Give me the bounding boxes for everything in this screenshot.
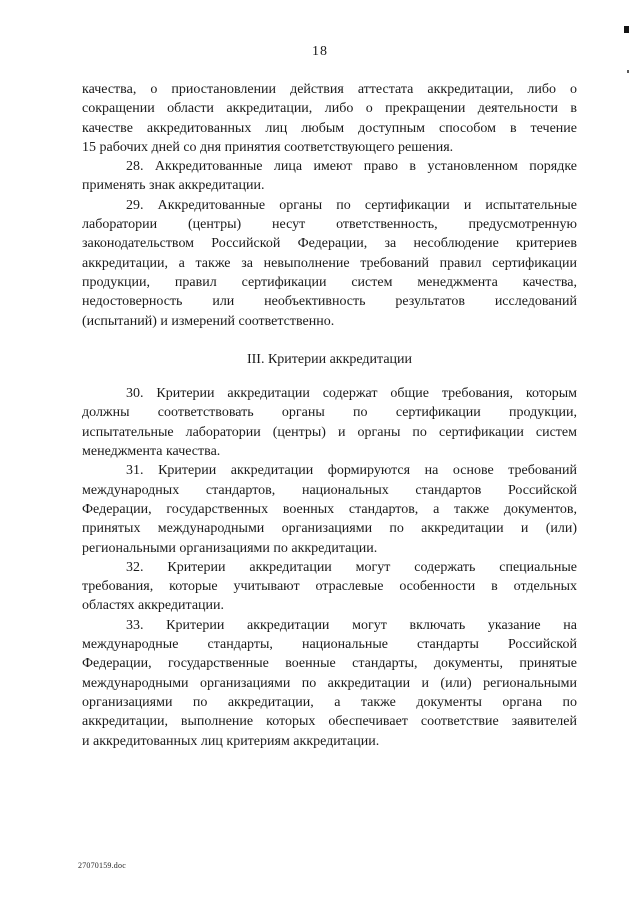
text-line: областях аккредитации. bbox=[82, 596, 577, 615]
text-line: должны соответствовать органы по сертифи… bbox=[82, 403, 577, 422]
text-line: качества, о приостановлении действия атт… bbox=[82, 80, 577, 99]
text-line: Федерации, государственных военных станд… bbox=[82, 500, 577, 519]
text-line: 32. Критерии аккредитации могут содержат… bbox=[82, 558, 577, 577]
text-line: аккредитации, а также за невыполнение тр… bbox=[82, 254, 577, 273]
paragraph: 32. Критерии аккредитации могут содержат… bbox=[82, 558, 577, 616]
text-line: региональными организациями по аккредита… bbox=[82, 539, 577, 558]
text-line: лаборатории (центры) несут ответственнос… bbox=[82, 215, 577, 234]
text-line: (испытаний) и измерений соответственно. bbox=[82, 312, 577, 331]
paragraph: 29. Аккредитованные органы по сертификац… bbox=[82, 196, 577, 331]
paragraph: 31. Критерии аккредитации формируются на… bbox=[82, 461, 577, 557]
text-line: международными организациями по аккредит… bbox=[82, 674, 577, 693]
paragraph: качества, о приостановлении действия атт… bbox=[82, 80, 577, 157]
text-line: и аккредитованных лиц критериям аккредит… bbox=[82, 732, 577, 751]
text-line: применять знак аккредитации. bbox=[82, 176, 577, 195]
text-line: менеджмента качества. bbox=[82, 442, 577, 461]
paragraph: 28. Аккредитованные лица имеют право в у… bbox=[82, 157, 577, 196]
text-line: 28. Аккредитованные лица имеют право в у… bbox=[82, 157, 577, 176]
text-line: законодательством Российской Федерации, … bbox=[82, 234, 577, 253]
paragraph: 33. Критерии аккредитации могут включать… bbox=[82, 616, 577, 751]
text-line: аккредитации, выполнение которых обеспеч… bbox=[82, 712, 577, 731]
text-line: продукции, правил сертификации систем ме… bbox=[82, 273, 577, 292]
text-line: Федерации, государственные военные станд… bbox=[82, 654, 577, 673]
document-body: качества, о приостановлении действия атт… bbox=[82, 80, 577, 751]
page-number: 18 bbox=[0, 44, 640, 60]
text-line: 29. Аккредитованные органы по сертификац… bbox=[82, 196, 577, 215]
text-line: принятых международными организациями по… bbox=[82, 519, 577, 538]
text-line: сокращении области аккредитации, либо о … bbox=[82, 99, 577, 118]
section-heading: III. Критерии аккредитации bbox=[82, 350, 577, 369]
text-line: международные стандарты, национальные ст… bbox=[82, 635, 577, 654]
text-line: требования, которые учитывают отраслевые… bbox=[82, 577, 577, 596]
paragraph: 30. Критерии аккредитации содержат общие… bbox=[82, 384, 577, 461]
text-line: 30. Критерии аккредитации содержат общие… bbox=[82, 384, 577, 403]
text-line: 33. Критерии аккредитации могут включать… bbox=[82, 616, 577, 635]
footer-filename: 27070159.doc bbox=[78, 861, 126, 870]
scan-artifact bbox=[627, 70, 629, 73]
document-page: 18 качества, о приостановлении действия … bbox=[0, 0, 640, 905]
text-line: 31. Критерии аккредитации формируются на… bbox=[82, 461, 577, 480]
text-line: организациями по аккредитации, а также д… bbox=[82, 693, 577, 712]
text-line: испытательные лаборатории (центры) и орг… bbox=[82, 423, 577, 442]
scan-artifact bbox=[624, 26, 629, 33]
text-line: международных стандартов, национальных с… bbox=[82, 481, 577, 500]
text-line: качестве аккредитованных лиц любым досту… bbox=[82, 119, 577, 138]
text-line: 15 рабочих дней со дня принятия соответс… bbox=[82, 138, 577, 157]
text-line: недостоверность или необъективность резу… bbox=[82, 292, 577, 311]
